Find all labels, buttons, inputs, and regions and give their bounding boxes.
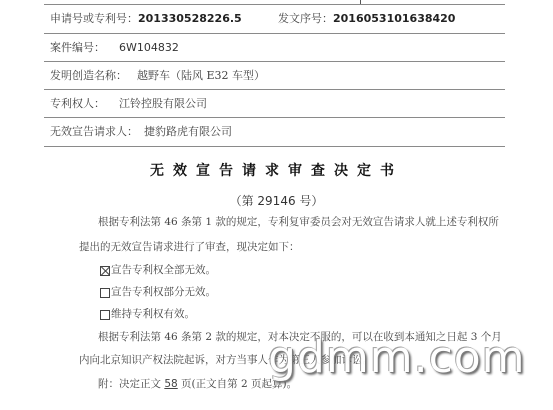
option-invalidate-partial: 宣告专利权部分无效。 xyxy=(100,286,216,299)
case-number-label: 案件编号： xyxy=(50,41,105,54)
header-rule-5 xyxy=(44,146,505,147)
attachment-prefix: 附：决定正文 xyxy=(98,378,164,390)
case-number-value: 6W104832 xyxy=(119,41,179,54)
header-rule-3 xyxy=(44,89,505,90)
invention-name-row: 发明创造名称：越野车（陆风 E32 车型） xyxy=(50,69,265,83)
dispatch-number-value: 2016053101638420 xyxy=(333,12,455,25)
dispatch-number-label: 发文序号： xyxy=(278,12,333,25)
paragraph-1-line-1: 根据专利法第 46 条第 1 款的规定，专利复审委员会对无效宣告请求人就上述专利… xyxy=(98,216,499,229)
patentee-row: 专利权人：江铃控股有限公司 xyxy=(50,97,207,111)
header-rule-1 xyxy=(44,33,505,34)
dispatch-number-row: 发文序号：2016053101638420 xyxy=(278,12,455,26)
header-rule-2 xyxy=(44,61,505,62)
header-rule-4 xyxy=(44,117,505,118)
option-label: 宣告专利权全部无效。 xyxy=(111,264,216,277)
option-invalidate-all: 宣告专利权全部无效。 xyxy=(100,264,216,277)
invention-name-label: 发明创造名称： xyxy=(50,69,127,82)
checkbox-empty-icon xyxy=(100,288,110,298)
checkbox-empty-icon xyxy=(100,310,110,320)
patentee-value: 江铃控股有限公司 xyxy=(119,97,207,110)
patentee-label: 专利权人： xyxy=(50,97,105,110)
requester-label: 无效宣告请求人： xyxy=(50,125,138,138)
invention-name-value: 越野车（陆风 E32 车型） xyxy=(137,69,265,82)
document-title: 无效宣告请求审查决定书 xyxy=(0,160,553,180)
paragraph-1-line-2: 提出的无效宣告请求进行了审查，现决定如下： xyxy=(79,241,300,254)
attachment-page-count: 58 xyxy=(164,378,177,390)
watermark: gdmm.com xyxy=(268,332,526,383)
case-number-row: 案件编号：6W104832 xyxy=(50,41,179,55)
checkbox-checked-icon xyxy=(100,266,110,276)
header-rule-top xyxy=(44,4,505,5)
option-label: 维持专利权有效。 xyxy=(111,308,195,321)
option-label: 宣告专利权部分无效。 xyxy=(111,286,216,299)
decision-number: （第 29146 号） xyxy=(0,192,553,209)
requester-value: 捷豹路虎有限公司 xyxy=(144,125,232,138)
application-number-value: 201330528226.5 xyxy=(138,12,242,25)
application-number-row: 申请号或专利号：201330528226.5 xyxy=(50,12,242,26)
requester-row: 无效宣告请求人：捷豹路虎有限公司 xyxy=(50,125,232,139)
application-number-label: 申请号或专利号： xyxy=(50,12,138,25)
option-maintain-valid: 维持专利权有效。 xyxy=(100,308,195,321)
